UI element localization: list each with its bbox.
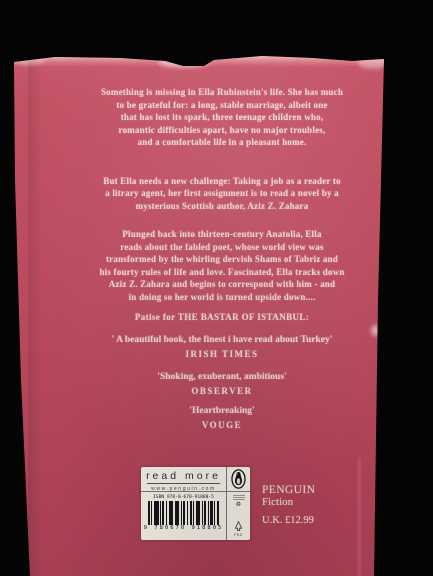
blurb-paragraph-3: Plunged back into thirteen-century Anato… — [70, 228, 374, 303]
blurb-line: and a comfortable life in a pleasant hom… — [70, 136, 374, 149]
blurb-line: his fourty rules of life and love. Fasci… — [70, 266, 374, 279]
blurb-line: mysterious Scottish author, Aziz Z. Zaha… — [70, 200, 374, 213]
blurb-line: reads about the fabled poet, whose world… — [70, 241, 374, 254]
praise-heading: Patise for THE BASTAR OF ISTANBUL: — [70, 312, 374, 322]
read-more-box: read more www.penguin.com ISBN 978-0-670… — [141, 467, 250, 540]
read-more-label: read more — [141, 470, 226, 482]
blurb-line: to be grateful for: a long, stable marri… — [70, 99, 374, 112]
blurb-line: transformed by the whirling dervish Sham… — [70, 253, 374, 266]
mix-paper-icon: ♻ — [233, 495, 245, 508]
recycle-icon: ♻ — [236, 501, 241, 508]
back-cover-copy: Something is missing in Ella Rubinstein'… — [70, 86, 374, 432]
blurb-line: Plunged back into thirteen-century Anato… — [70, 228, 374, 241]
book-back-cover: Something is missing in Ella Rubinstein'… — [0, 0, 433, 576]
blurb-line: a litrary agent, her first assignment is… — [70, 187, 374, 200]
scuff-mark — [13, 55, 45, 65]
blurb-paragraph-1: Something is missing in Ella Rubinstein'… — [70, 86, 374, 149]
fsc-label: FSC — [234, 533, 243, 537]
fsc-tree-icon: FSC — [233, 521, 244, 537]
quote-source: VOUGE — [70, 418, 374, 432]
review-quote: 'Heartbreaking' VOUGE — [70, 405, 374, 432]
divider — [147, 483, 220, 484]
certification-cell: ♻ FSC — [227, 492, 250, 540]
quote-source: IRISH TIMES — [70, 347, 374, 361]
worn-top-edge — [12, 54, 387, 67]
review-quote: 'Shoking, exuberant, ambitious' OBSERVER — [70, 371, 374, 398]
spine-shadow — [28, 60, 42, 576]
blurb-paragraph-2: But Ella needs a new challenge: Taking a… — [70, 175, 374, 213]
blurb-line: Aziz Z. Zahara and begins to correspond … — [70, 278, 374, 291]
publisher-name: PENGUIN — [262, 484, 315, 496]
quote-text: 'Shoking, exuberant, ambitious' — [70, 371, 374, 384]
publisher-block: PENGUIN Fiction U.K. £12.99 — [262, 484, 315, 526]
barcode-digits: 9 780670 918805 — [141, 525, 226, 531]
blurb-line: that has lost its spark, three teenage c… — [70, 111, 374, 124]
penguin-website: www.penguin.com — [141, 486, 226, 492]
read-more-cell: read more www.penguin.com — [141, 467, 227, 492]
scuff-mark — [371, 325, 380, 336]
quote-source: OBSERVER — [70, 384, 374, 398]
quote-text: 'Heartbreaking' — [70, 405, 374, 418]
quote-text: ' A beautiful book, the finest i have re… — [70, 334, 374, 347]
crease-line — [358, 458, 361, 576]
review-quote: ' A beautiful book, the finest i have re… — [70, 334, 374, 361]
photo-background: Something is missing in Ella Rubinstein'… — [0, 0, 433, 576]
barcode — [148, 501, 219, 525]
penguin-logo-icon — [227, 467, 250, 492]
blurb-line: romantic difficulties apart, have no maj… — [70, 124, 374, 137]
publisher-category: Fiction — [262, 496, 315, 508]
barcode-cell: ISBN 978-0-670-91880-5 9 780670 918805 — [141, 492, 227, 540]
blurb-line: in doing so her world is turned upside d… — [70, 291, 374, 304]
scuff-mark — [358, 55, 388, 69]
blurb-line: Something is missing in Ella Rubinstein'… — [70, 86, 374, 99]
scuff-mark — [158, 56, 210, 68]
blurb-line: But Ella needs a new challenge: Taking a… — [70, 175, 374, 188]
price-label: U.K. £12.99 — [262, 515, 315, 526]
isbn-label: ISBN 978-0-670-91880-5 — [144, 494, 222, 500]
